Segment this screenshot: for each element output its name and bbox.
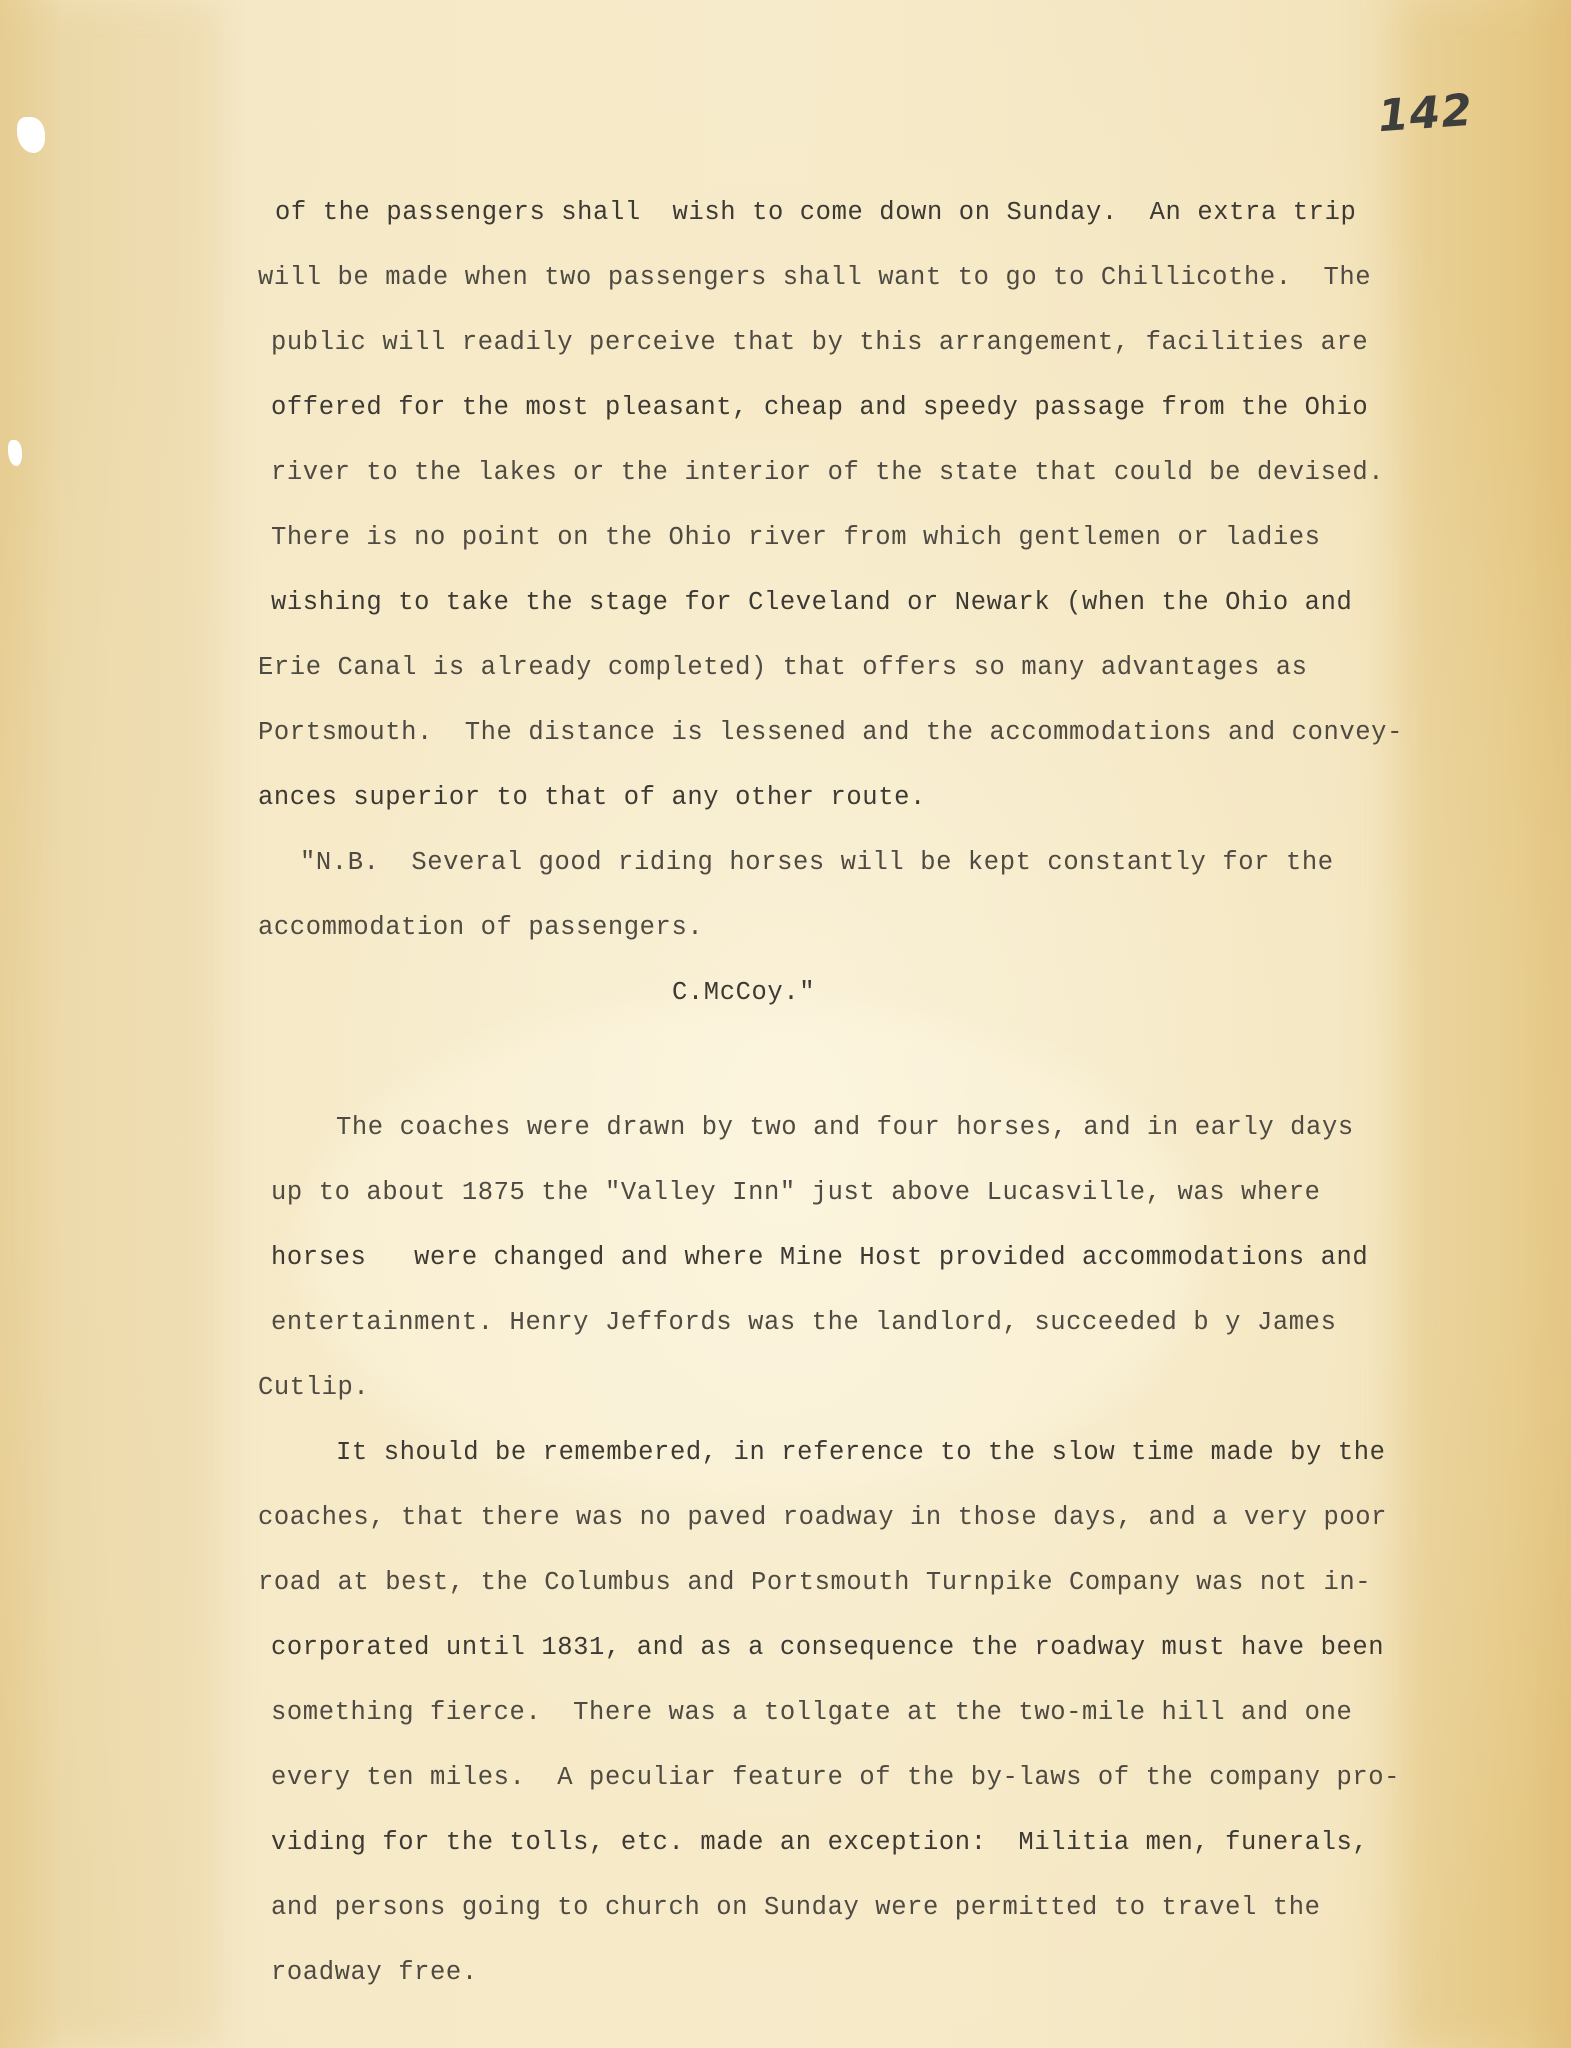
text-line: There is no point on the Ohio river from… bbox=[271, 523, 1321, 552]
text-line: roadway free. bbox=[271, 1958, 478, 1987]
text-line: ances superior to that of any other rout… bbox=[258, 783, 926, 812]
text-line: accommodation of passengers. bbox=[258, 913, 703, 942]
document-page: 142 of the passengers shall wish to come… bbox=[0, 0, 1571, 2048]
text-line: offered for the most pleasant, cheap and… bbox=[271, 393, 1368, 422]
text-line: Cutlip. bbox=[258, 1373, 369, 1402]
paper-tear-hole bbox=[8, 440, 22, 466]
paper-stain bbox=[0, 0, 220, 2048]
text-line: Erie Canal is already completed) that of… bbox=[258, 653, 1308, 682]
text-line: C.McCoy." bbox=[672, 978, 815, 1007]
text-line: horses were changed and where Mine Host … bbox=[271, 1243, 1368, 1272]
text-line: and persons going to church on Sunday we… bbox=[271, 1893, 1321, 1922]
paper-stain bbox=[1400, 0, 1571, 2048]
text-line: up to about 1875 the "Valley Inn" just a… bbox=[271, 1178, 1321, 1207]
text-line: viding for the tolls, etc. made an excep… bbox=[271, 1828, 1368, 1857]
text-line: road at best, the Columbus and Portsmout… bbox=[258, 1568, 1371, 1597]
text-line: river to the lakes or the interior of th… bbox=[271, 458, 1384, 487]
text-line: coaches, that there was no paved roadway… bbox=[258, 1503, 1387, 1532]
text-line: of the passengers shall wish to come dow… bbox=[275, 198, 1356, 227]
text-line: corporated until 1831, and as a conseque… bbox=[271, 1633, 1384, 1662]
text-line: public will readily perceive that by thi… bbox=[271, 328, 1368, 357]
text-line: entertainment. Henry Jeffords was the la… bbox=[271, 1308, 1336, 1337]
text-line: wishing to take the stage for Cleveland … bbox=[271, 588, 1352, 617]
handwritten-page-number: 142 bbox=[1376, 85, 1474, 142]
text-line: The coaches were drawn by two and four h… bbox=[336, 1113, 1354, 1142]
text-line: It should be remembered, in reference to… bbox=[336, 1438, 1386, 1467]
text-line: Portsmouth. The distance is lessened and… bbox=[258, 718, 1403, 747]
text-line: something fierce. There was a tollgate a… bbox=[271, 1698, 1352, 1727]
text-line: "N.B. Several good riding horses will be… bbox=[300, 848, 1334, 877]
text-line: every ten miles. A peculiar feature of t… bbox=[271, 1763, 1400, 1792]
text-line: will be made when two passengers shall w… bbox=[258, 263, 1371, 292]
